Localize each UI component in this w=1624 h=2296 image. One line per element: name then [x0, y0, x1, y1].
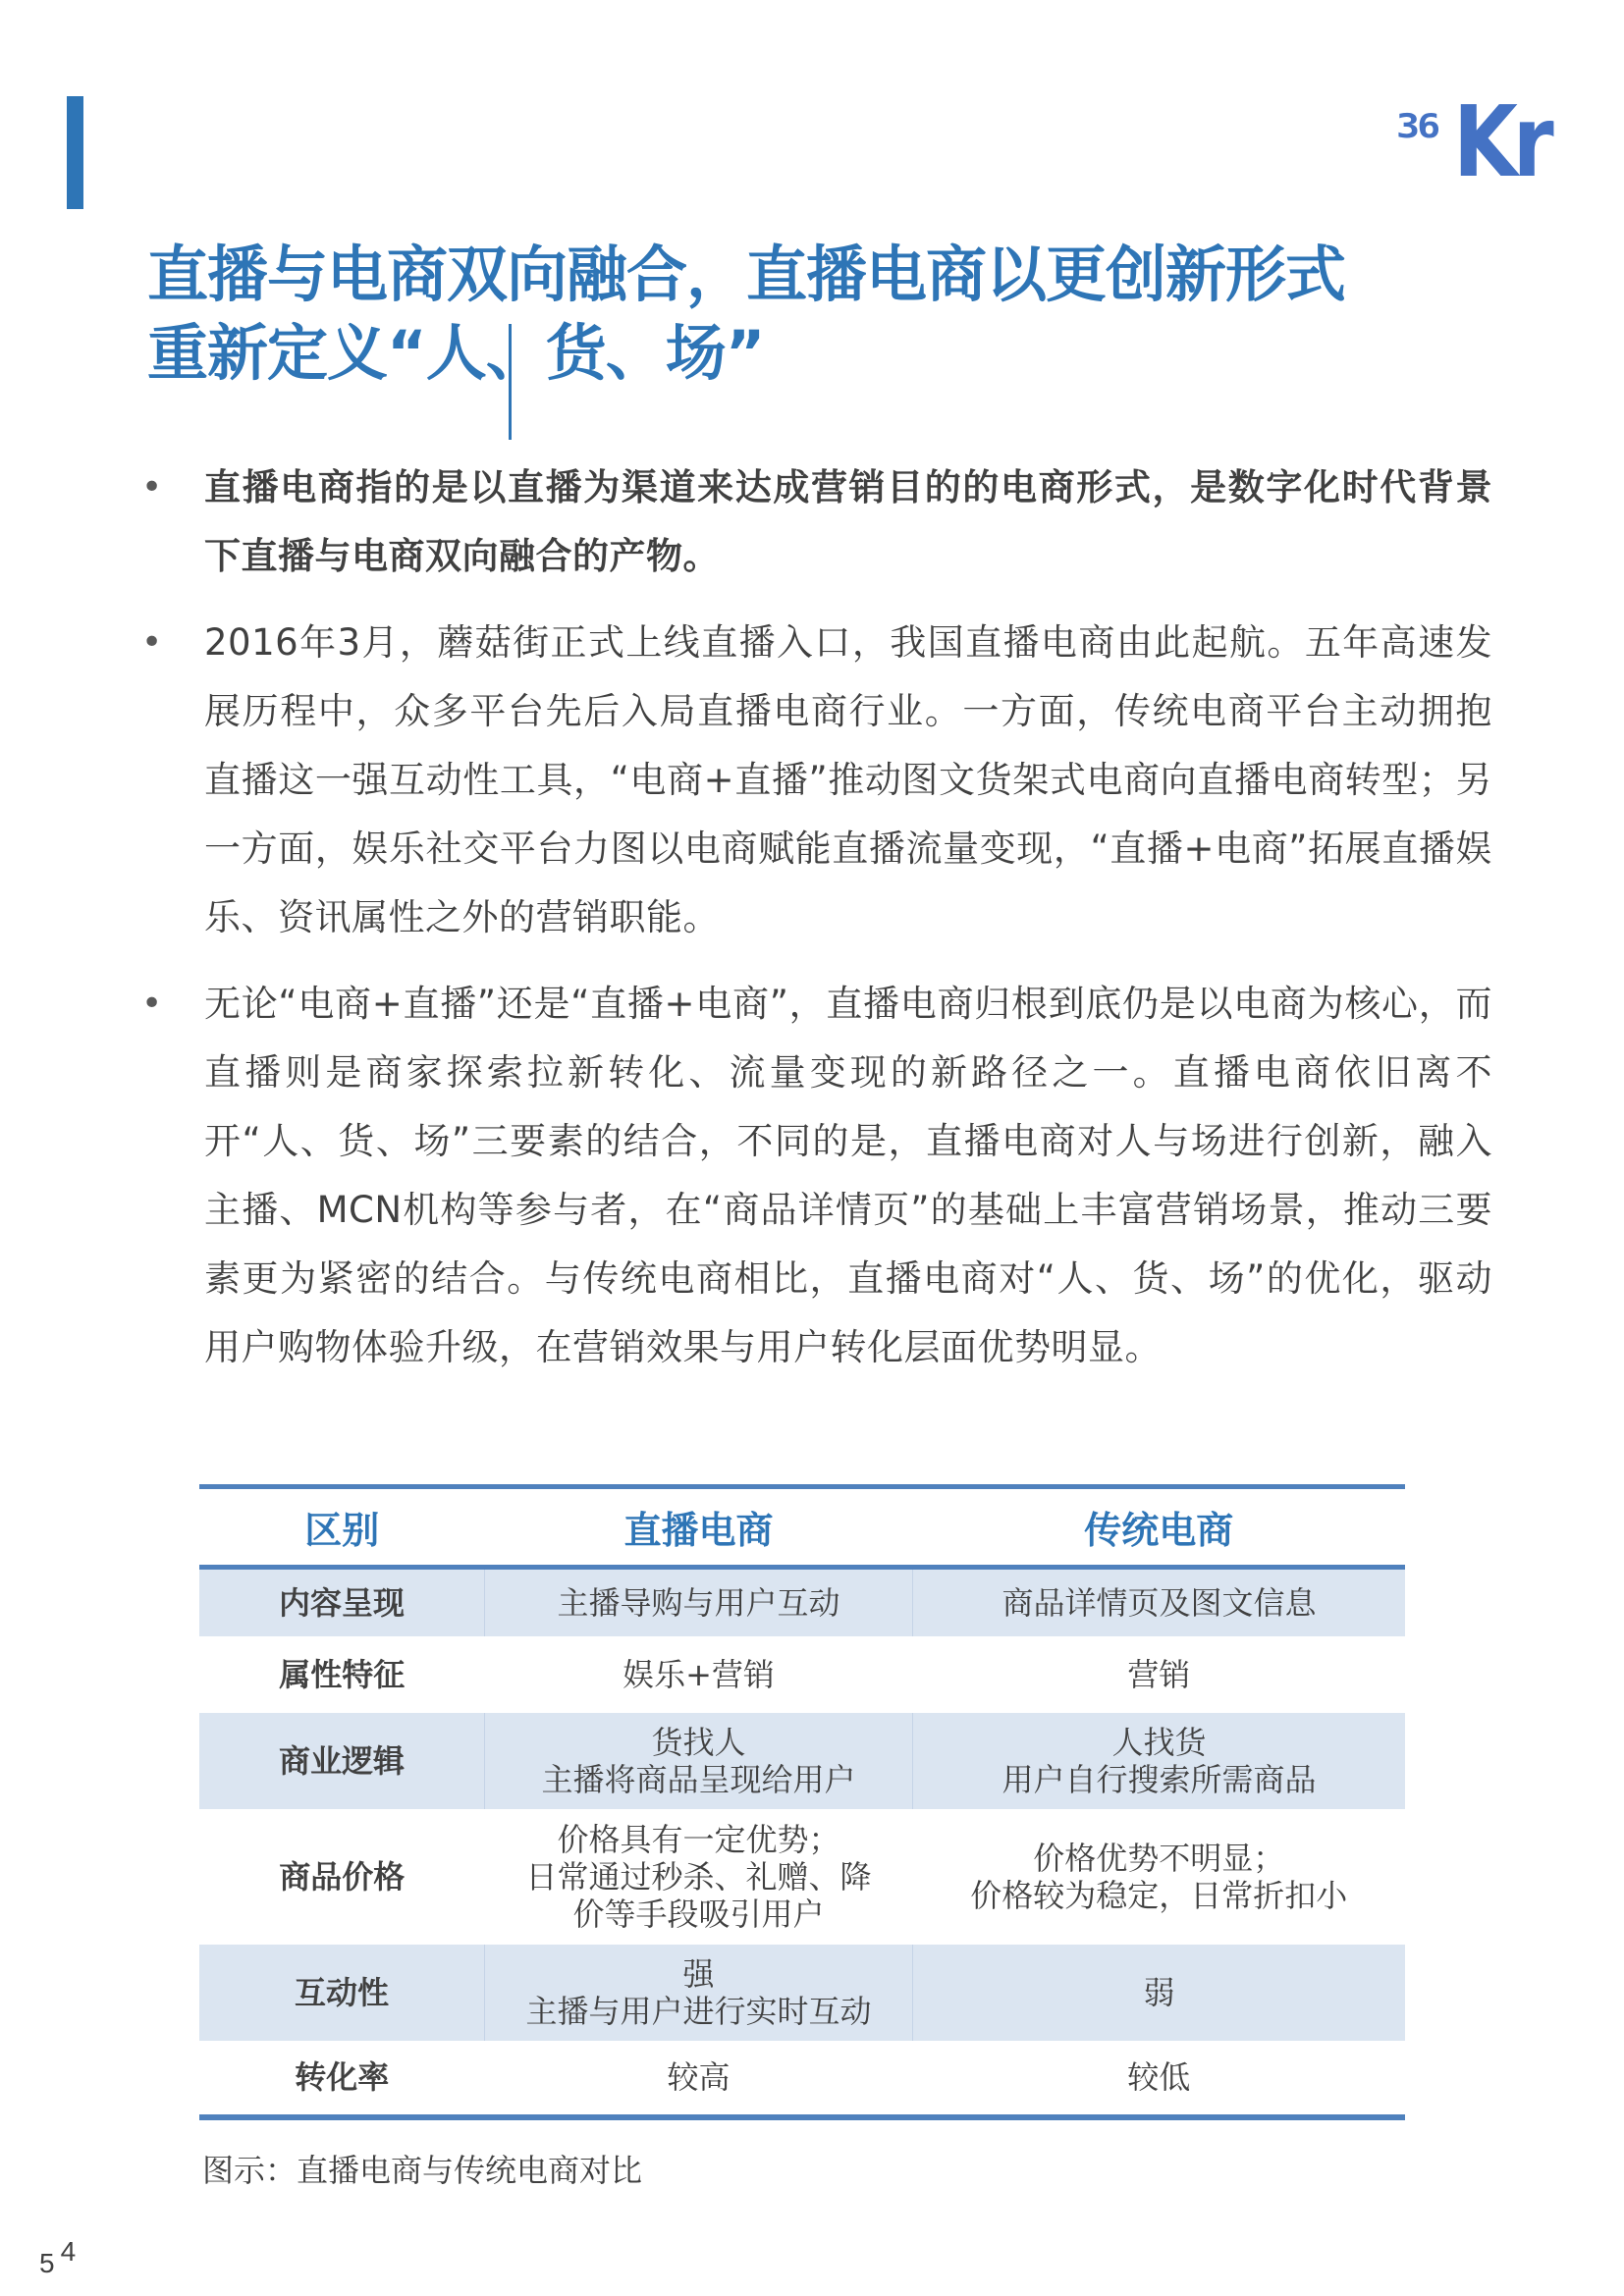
bullet-dot-icon: • [141, 970, 162, 1039]
row-label: 互动性 [199, 1945, 485, 2041]
table-row: 内容呈现 主播导购与用户互动 商品详情页及图文信息 [199, 1568, 1405, 1636]
logo-number: 36 [1396, 107, 1437, 145]
cell-text: 较低 [913, 2058, 1406, 2096]
title-line-2: 重新定义“人、货、场” [147, 314, 1522, 393]
cell-text: 主播将商品呈现给用户 [485, 1761, 912, 1798]
cell-text: 强 [485, 1955, 912, 1993]
bullet-item-history: • 2016年3月，蘑菇街正式上线直播入口，我国直播电商由此起航。五年高速发展历… [137, 609, 1492, 952]
bullet-item-analysis: • 无论“电商+直播”还是“直播+电商”，直播电商归根到底仍是以电商为核心，而直… [137, 970, 1492, 1382]
header-traditional-ecommerce: 传统电商 [913, 1487, 1406, 1568]
row-label: 内容呈现 [199, 1568, 485, 1636]
header-live-ecommerce: 直播电商 [485, 1487, 913, 1568]
page-number-main: 5 [39, 2248, 55, 2278]
bullet-dot-icon: • [141, 454, 162, 522]
cell-text: 主播与用户进行实时互动 [485, 1993, 912, 2030]
table-row: 商品价格 价格具有一定优势； 日常通过秒杀、礼赠、降 价等手段吸引用户 价格优势… [199, 1809, 1405, 1945]
row-label: 商品价格 [199, 1809, 485, 1945]
page-number-sup: 4 [61, 2236, 77, 2267]
live-cell: 价格具有一定优势； 日常通过秒杀、礼赠、降 价等手段吸引用户 [485, 1809, 913, 1945]
live-cell: 较高 [485, 2041, 913, 2117]
traditional-cell: 弱 [913, 1945, 1406, 2041]
accent-bar [67, 96, 83, 209]
cell-text: 价等手段吸引用户 [485, 1896, 913, 1933]
bullet-list: • 直播电商指的是以直播为渠道来达成营销目的的电商形式，是数字化时代背景下直播与… [137, 454, 1492, 1400]
cell-text: 价格具有一定优势； [485, 1821, 913, 1858]
cell-text: 较高 [485, 2058, 913, 2096]
comparison-table: 区别 直播电商 传统电商 内容呈现 主播导购与用户互动 商品详情页及图文信息 属… [199, 1484, 1405, 2120]
traditional-cell: 商品详情页及图文信息 [913, 1568, 1406, 1636]
title-divider-tick [509, 324, 512, 440]
bullet-text: 无论“电商+直播”还是“直播+电商”，直播电商归根到底仍是以电商为核心，而直播则… [204, 970, 1492, 1382]
cell-text: 主播导购与用户互动 [485, 1584, 912, 1622]
bullet-text: 2016年3月，蘑菇街正式上线直播入口，我国直播电商由此起航。五年高速发展历程中… [204, 609, 1492, 952]
bullet-item-definition: • 直播电商指的是以直播为渠道来达成营销目的的电商形式，是数字化时代背景下直播与… [137, 454, 1492, 591]
cell-text: 营销 [913, 1656, 1406, 1693]
live-cell: 娱乐+营销 [485, 1636, 913, 1713]
row-label: 转化率 [199, 2041, 485, 2117]
table-row: 转化率 较高 较低 [199, 2041, 1405, 2117]
bullet-dot-icon: • [141, 609, 162, 677]
table-caption: 图示：直播电商与传统电商对比 [202, 2146, 642, 2191]
cell-text: 货找人 [485, 1724, 912, 1761]
cell-text: 商品详情页及图文信息 [913, 1584, 1405, 1622]
table-row: 商业逻辑 货找人 主播将商品呈现给用户 人找货 用户自行搜索所需商品 [199, 1713, 1405, 1809]
table-row: 属性特征 娱乐+营销 营销 [199, 1636, 1405, 1713]
cell-text: 人找货 [913, 1724, 1405, 1761]
live-cell: 强 主播与用户进行实时互动 [485, 1945, 913, 2041]
title-line-1: 直播与电商双向融合，直播电商以更创新形式 [147, 236, 1522, 314]
page-number: 54 [39, 2248, 76, 2279]
table-header-row: 区别 直播电商 传统电商 [199, 1487, 1405, 1568]
cell-text: 娱乐+营销 [485, 1656, 913, 1693]
table-row: 互动性 强 主播与用户进行实时互动 弱 [199, 1945, 1405, 2041]
bullet-text: 直播电商指的是以直播为渠道来达成营销目的的电商形式，是数字化时代背景下直播与电商… [204, 454, 1492, 591]
page-title: 直播与电商双向融合，直播电商以更创新形式 重新定义“人、货、场” [147, 236, 1522, 393]
header-difference: 区别 [199, 1487, 485, 1568]
cell-text: 日常通过秒杀、礼赠、降 [485, 1858, 913, 1896]
cell-text: 弱 [913, 1974, 1405, 2011]
live-cell: 主播导购与用户互动 [485, 1568, 913, 1636]
traditional-cell: 人找货 用户自行搜索所需商品 [913, 1713, 1406, 1809]
cell-text: 价格优势不明显； [913, 1840, 1406, 1877]
logo-letters: Kr [1453, 84, 1549, 199]
cell-text: 用户自行搜索所需商品 [913, 1761, 1405, 1798]
brand-logo: 36 Kr [1394, 98, 1571, 191]
cell-text: 价格较为稳定，日常折扣小 [913, 1877, 1406, 1914]
traditional-cell: 较低 [913, 2041, 1406, 2117]
traditional-cell: 营销 [913, 1636, 1406, 1713]
traditional-cell: 价格优势不明显； 价格较为稳定，日常折扣小 [913, 1809, 1406, 1945]
live-cell: 货找人 主播将商品呈现给用户 [485, 1713, 913, 1809]
row-label: 商业逻辑 [199, 1713, 485, 1809]
row-label: 属性特征 [199, 1636, 485, 1713]
